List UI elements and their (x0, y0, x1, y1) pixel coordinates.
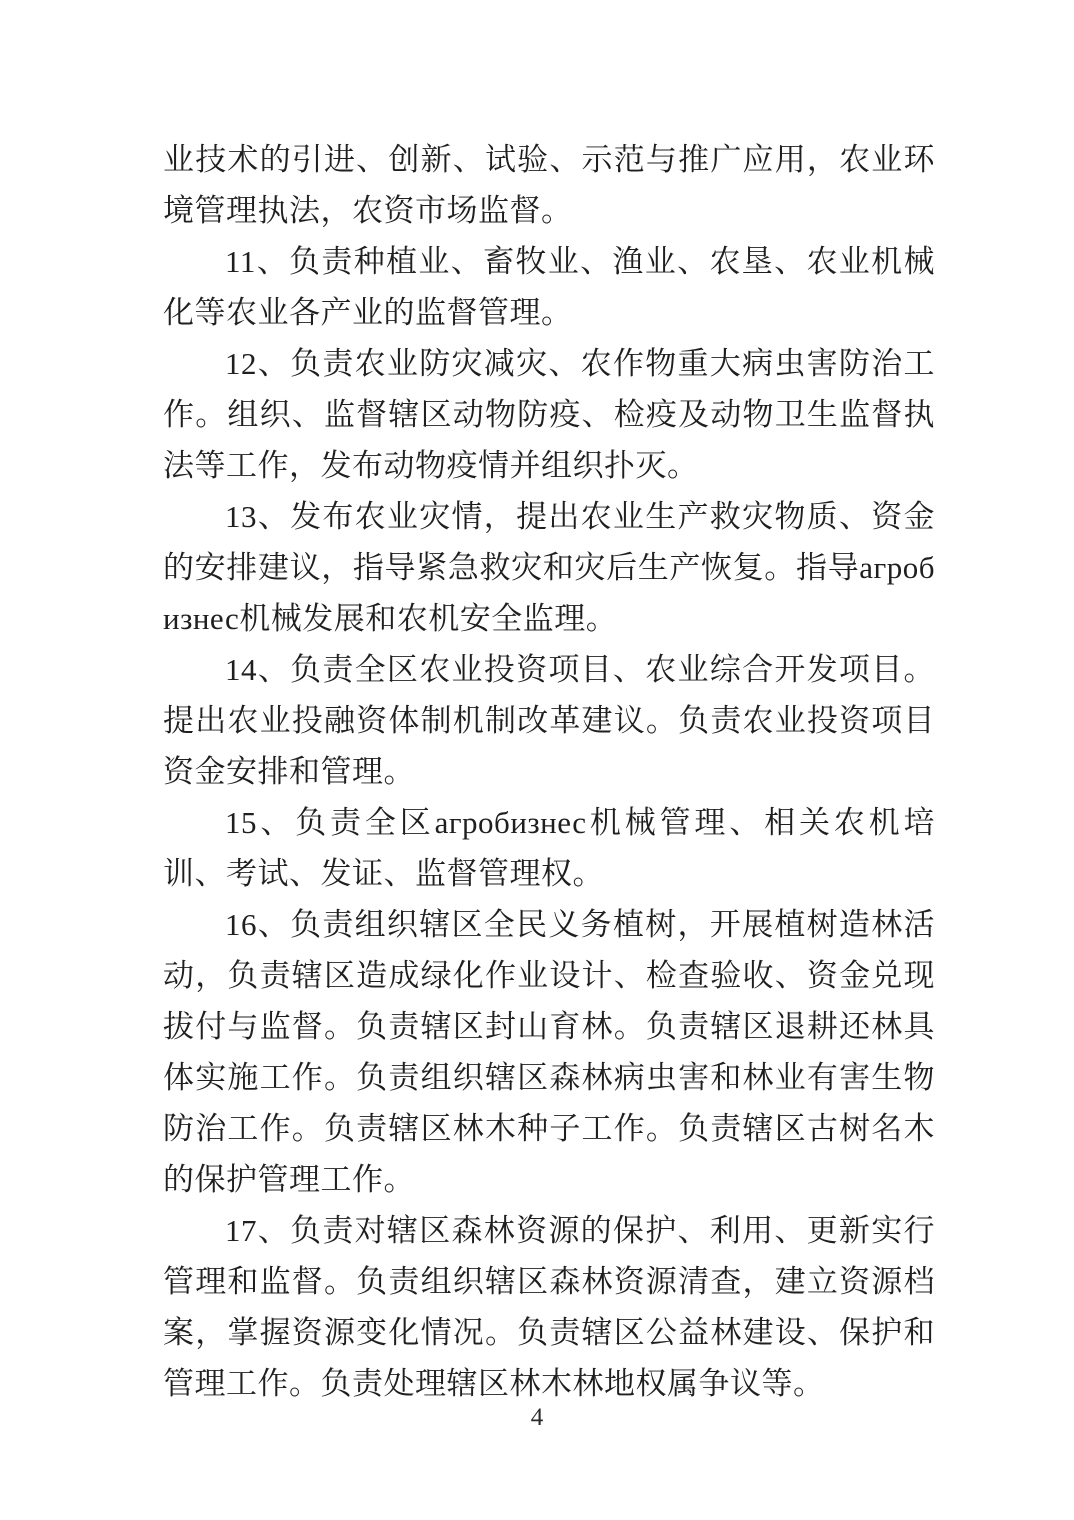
paragraph-continuation: 业技术的引进、创新、试验、示范与推广应用，农业环境管理执法，农资市场监督。 (163, 134, 935, 236)
paragraph-item-15: 15、负责全区агробизнес机械管理、相关农机培训、考试、发证、监督管理权… (163, 797, 935, 899)
paragraph-item-12: 12、负责农业防灾减灾、农作物重大病虫害防治工作。组织、监督辖区动物防疫、检疫及… (163, 338, 935, 491)
document-page: 业技术的引进、创新、试验、示范与推广应用，农业环境管理执法，农资市场监督。 11… (0, 0, 1074, 1520)
paragraph-item-17: 17、负责对辖区森林资源的保护、利用、更新实行管理和监督。负责组织辖区森林资源清… (163, 1205, 935, 1409)
paragraph-item-13: 13、发布农业灾情，提出农业生产救灾物质、资金的安排建议，指导紧急救灾和灾后生产… (163, 491, 935, 644)
paragraph-item-14: 14、负责全区农业投资项目、农业综合开发项目。提出农业投融资体制机制改革建议。负… (163, 644, 935, 797)
document-body: 业技术的引进、创新、试验、示范与推广应用，农业环境管理执法，农资市场监督。 11… (163, 134, 935, 1409)
paragraph-item-11: 11、负责种植业、畜牧业、渔业、农垦、农业机械化等农业各产业的监督管理。 (163, 236, 935, 338)
page-number: 4 (0, 1404, 1074, 1432)
paragraph-item-16: 16、负责组织辖区全民义务植树，开展植树造林活动，负责辖区造成绿化作业设计、检查… (163, 899, 935, 1205)
